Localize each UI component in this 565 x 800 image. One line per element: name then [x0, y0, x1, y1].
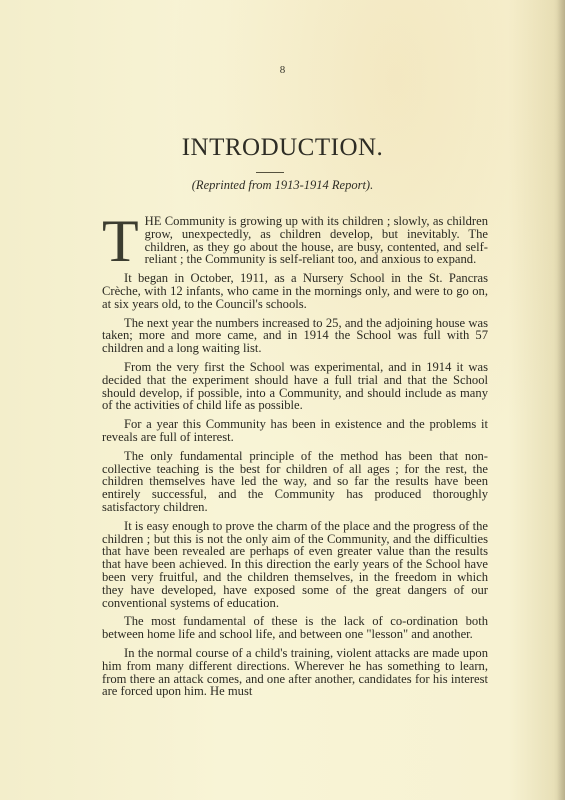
body-text: THE Community is growing up with its chi…: [102, 215, 488, 704]
book-page: 8 INTRODUCTION. (Reprinted from 1913-191…: [0, 0, 565, 800]
paragraph-9: In the normal course of a child's traini…: [102, 647, 488, 698]
title-rule-divider: [256, 172, 284, 173]
paragraph-7: It is easy enough to prove the charm of …: [102, 520, 488, 610]
paragraph-4: From the very first the School was exper…: [102, 361, 488, 412]
page-number: 8: [0, 64, 565, 76]
paragraph-6: The only fundamental principle of the me…: [102, 450, 488, 514]
drop-cap: T: [102, 215, 139, 267]
paragraph-1: THE Community is growing up with its chi…: [102, 215, 488, 266]
paragraph-5: For a year this Community has been in ex…: [102, 418, 488, 444]
paragraph-3: The next year the numbers increased to 2…: [102, 317, 488, 355]
paragraph-2: It began in October, 1911, as a Nursery …: [102, 272, 488, 310]
page-edge-shadow: [557, 0, 565, 800]
page-title: INTRODUCTION.: [0, 134, 565, 162]
paragraph-text: HE Community is growing up with its chil…: [145, 214, 488, 266]
paragraph-8: The most fundamental of these is the lac…: [102, 615, 488, 641]
page-subtitle: (Reprinted from 1913-1914 Report).: [0, 178, 565, 193]
